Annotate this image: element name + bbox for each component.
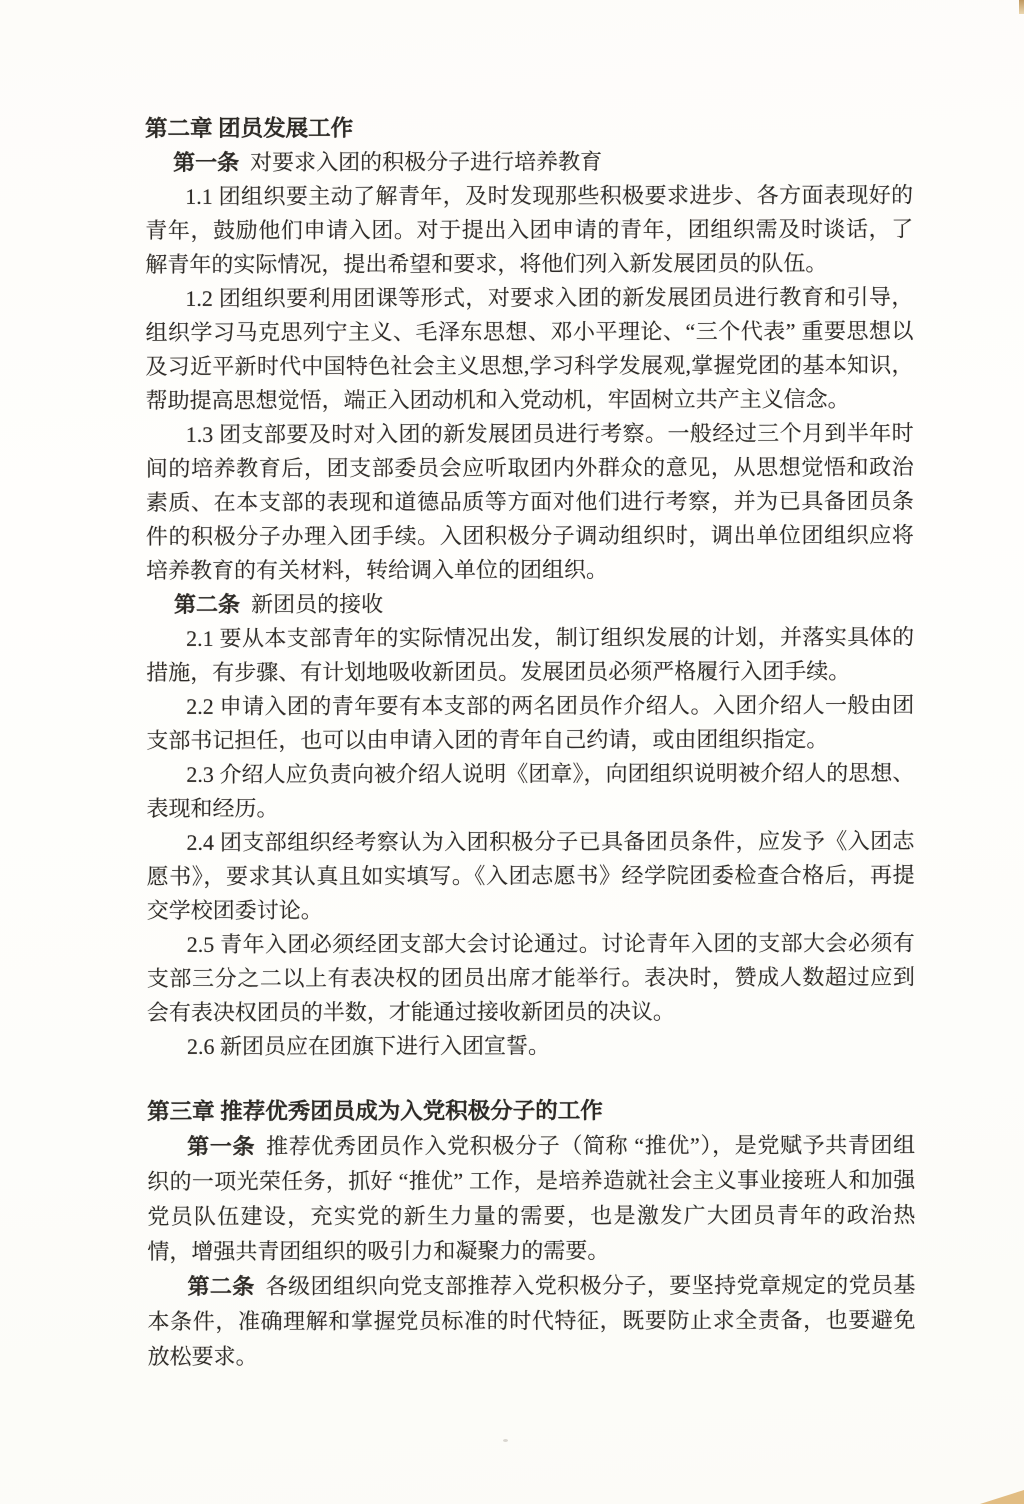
chapter-3-section: 第三章 推荐优秀团员成为入党积极分子的工作 第一条推荐优秀团员作入党积极分子（简…	[147, 1092, 916, 1374]
scanned-document-page: 第二章 团员发展工作 第一条对要求入团的积极分子进行培养教育 1.1 团组织要主…	[0, 0, 1024, 1504]
article-1-label: 第一条	[173, 150, 250, 175]
chapter2-article-2-heading: 第二条新团员的接收	[146, 586, 914, 622]
chapter-3-heading: 第三章 推荐优秀团员成为入党积极分子的工作	[147, 1092, 915, 1129]
clause-1-3: 1.3 团支部要及时对入团的新发展团员进行考察。一般经过三个月到半年时间的培养教…	[146, 416, 914, 588]
clause-1-1: 1.1 团组织要主动了解青年，及时发现那些积极要求进步、各方面表现好的青年，鼓励…	[145, 178, 913, 282]
article-2-label: 第二条	[174, 592, 251, 617]
chapter3-article-2-label: 第二条	[187, 1274, 265, 1299]
page-corner-fold	[980, 1490, 1024, 1504]
clause-2-1: 2.1 要从本支部青年的实际情况出发，制订组织发展的计划，并落实具体的措施，有步…	[146, 620, 914, 690]
chapter-2-heading: 第二章 团员发展工作	[145, 110, 913, 146]
clause-1-2: 1.2 团组织要利用团课等形式，对要求入团的新发展团员进行教育和引导，组织学习马…	[145, 280, 913, 418]
chapter2-article-1-heading: 第一条对要求入团的积极分子进行培养教育	[145, 144, 913, 180]
scan-speck-artifact	[503, 1439, 508, 1442]
clause-2-6: 2.6 新团员应在团旗下进行入团宣誓。	[147, 1028, 915, 1064]
article-2-title: 新团员的接收	[251, 592, 383, 617]
chapter3-article-1-label: 第一条	[187, 1134, 266, 1159]
clause-2-2: 2.2 申请入团的青年要有本支部的两名团员作介绍人。入团介绍人一般由团支部书记担…	[146, 688, 914, 758]
chapter3-article-2: 第二条各级团组织向党支部推荐入党积极分子，要坚持党章规定的党员基本条件，准确理解…	[147, 1267, 915, 1374]
article-1-title: 对要求入团的积极分子进行培养教育	[250, 149, 602, 175]
clause-2-5: 2.5 青年入团必须经团支部大会讨论通过。讨论青年入团的支部大会必须有支部三分之…	[147, 926, 915, 1030]
clause-2-4: 2.4 团支部组织经考察认为入团积极分子已具备团员条件，应发予《入团志愿书》，要…	[146, 824, 914, 928]
clause-2-3: 2.3 介绍人应负责向被介绍人说明《团章》，向团组织说明被介绍人的思想、表现和经…	[146, 756, 914, 826]
document-content: 第二章 团员发展工作 第一条对要求入团的积极分子进行培养教育 1.1 团组织要主…	[145, 110, 916, 1374]
chapter3-article-1: 第一条推荐优秀团员作入党积极分子（简称 “推优”），是党赋予共青团组织的一项光荣…	[147, 1127, 915, 1269]
scan-corner-mark-top-right	[1019, 0, 1024, 14]
